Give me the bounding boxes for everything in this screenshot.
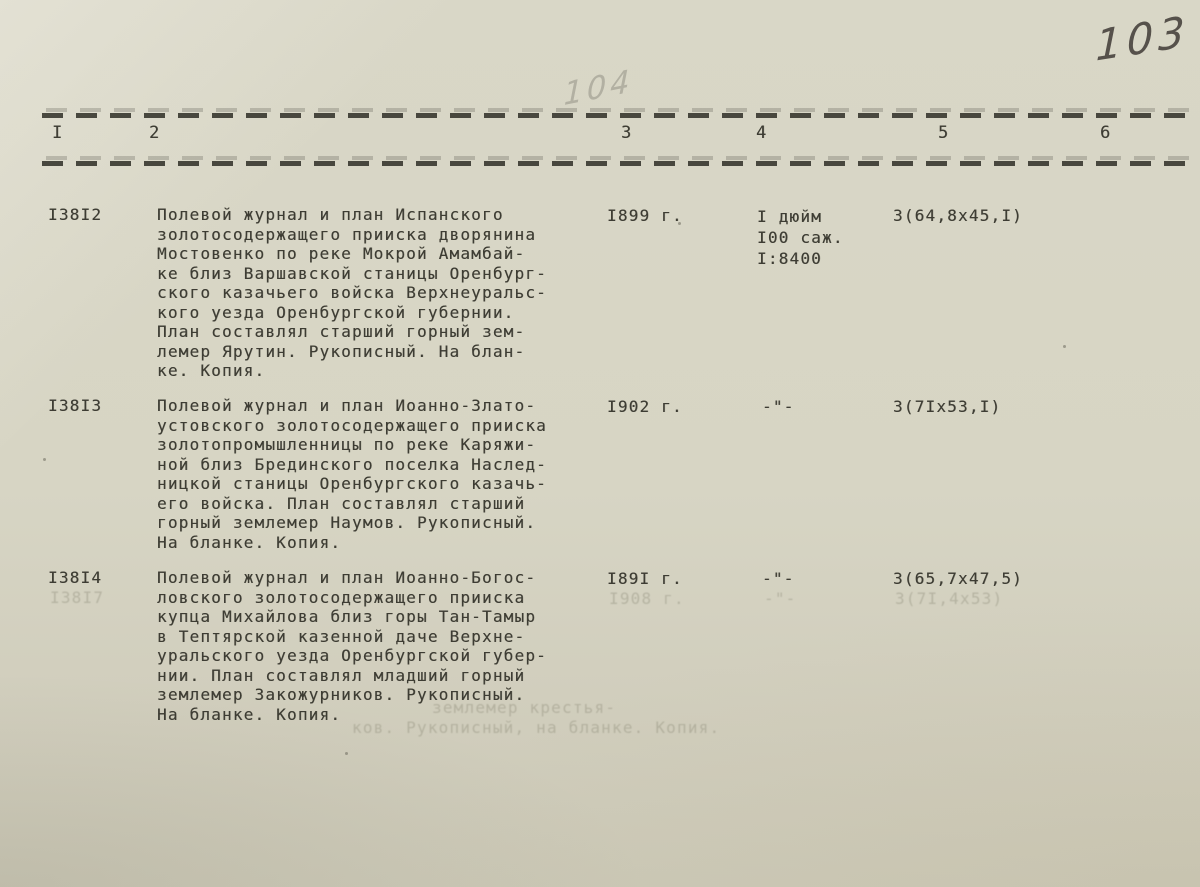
ghost-fragment: ков. Рукописный, на бланке. Копия.	[352, 718, 720, 738]
entry-number: I38I4	[48, 568, 102, 588]
entry-scale: -"-	[762, 397, 795, 417]
entry-size: 3(64,8х45,I)	[893, 206, 1023, 226]
handwritten-page-number: 103	[1095, 6, 1190, 71]
ghost-scale: -"-	[764, 589, 797, 609]
dust-speck	[345, 752, 348, 755]
column-header-1: I	[52, 124, 63, 144]
entry-date: I899 г.	[607, 206, 683, 226]
ghost-date: I908 г.	[609, 589, 685, 609]
entry-date: I89I г.	[607, 569, 683, 589]
dust-speck	[43, 458, 46, 461]
entry-number: I38I3	[48, 396, 102, 416]
column-header-5: 5	[938, 124, 949, 144]
column-header-2: 2	[149, 124, 160, 144]
ghost-entry-number: I38I7	[50, 588, 104, 608]
entry-description: Полевой журнал и план Испанского золотос…	[157, 205, 547, 381]
dust-speck	[678, 222, 681, 225]
table-rule-top	[42, 113, 1192, 118]
column-header-3: 3	[621, 124, 632, 144]
entry-scale: I дюйм I00 саж. I:8400	[757, 206, 844, 269]
entry-number: I38I2	[48, 205, 102, 225]
table-rule-bottom	[42, 161, 1192, 166]
entry-date: I902 г.	[607, 397, 683, 417]
entry-size: 3(7Iх53,I)	[893, 397, 1001, 417]
entry-size: 3(65,7х47,5)	[893, 569, 1023, 589]
handwritten-page-number-faint: 104	[563, 63, 634, 113]
entry-description: Полевой журнал и план Иоанно-Злато- усто…	[157, 396, 547, 552]
column-header-6: 6	[1100, 124, 1111, 144]
column-header-4: 4	[756, 124, 767, 144]
ghost-size: 3(7I,4х53)	[895, 589, 1003, 609]
ghost-fragment: землемер крестья-	[432, 698, 616, 718]
entry-scale: -"-	[762, 569, 795, 589]
scanned-page: 103 104 I 2 3 4 5 6 I38I2 Полевой журнал…	[0, 0, 1200, 887]
dust-speck	[1063, 345, 1066, 348]
